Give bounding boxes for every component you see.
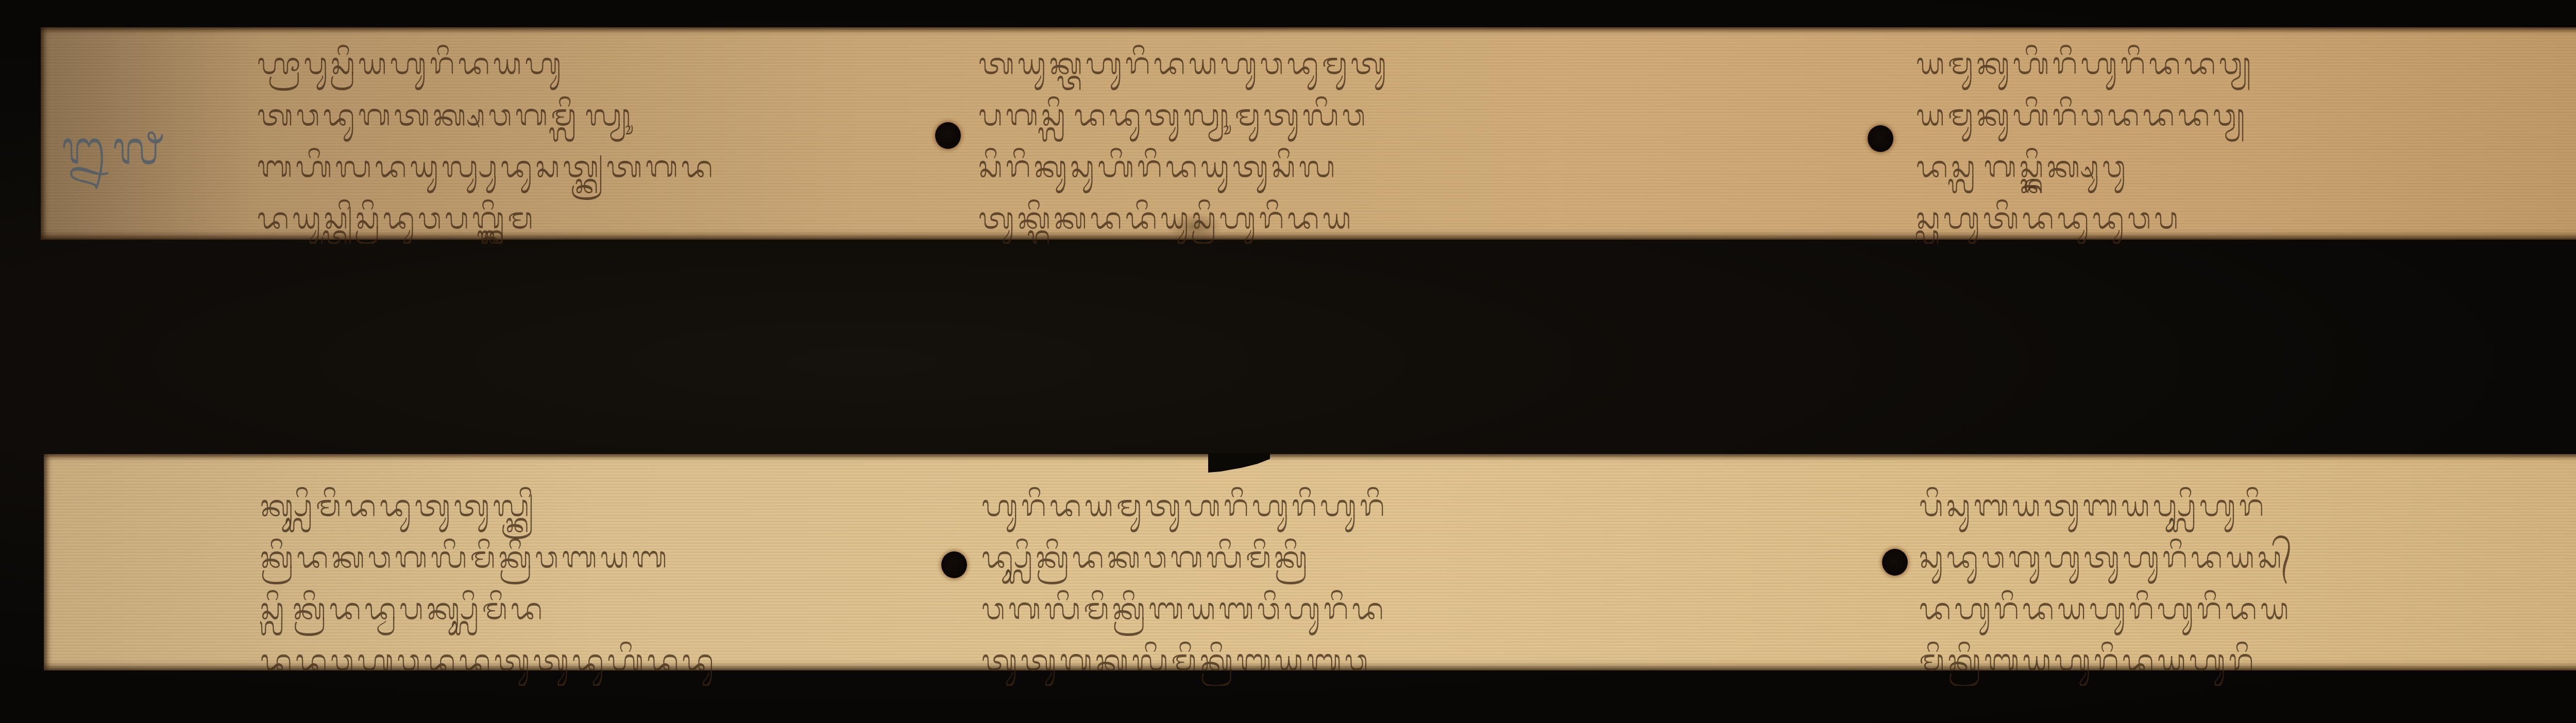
text-block-middle: ᬢᬬᬸᬓ᭄ᬢᬳᬸᬭᬶᬤᬬᬳᬸᬯᬤᬸᬫᬸᬢᬸ ᬧᬕᬲ᭄ᬮᬶᬤᬤᬸᬢᬸᬮ᭄ᬬᬸᬫᬸᬢ… [978, 38, 1844, 244]
palm-leaf-top: ᭒᭗ ᬳ᭄ᬭᬵᬧᬸᬲ᭄ᬭᬶᬬᬳᬸᬭᬶᬤᬬᬳᬸ ᬢᬯᬤᬸᬕᬢᬓ᭄ᬱᬯᬕᬫ᭄ᬮᬶᬮ᭄… [41, 27, 2576, 240]
ink-stain [1166, 213, 1223, 241]
text-line: ᬲᬸᬤᬸᬯᬕᬸᬳᬸᬢᬸᬳᬸᬭᬶᬤᬬᬲ᭄ [1919, 531, 2558, 583]
text-block-left: ᬳ᭄ᬭᬵᬧᬸᬲ᭄ᬭᬶᬬᬳᬸᬭᬶᬤᬬᬳᬸ ᬢᬯᬤᬸᬕᬢᬓ᭄ᬱᬯᬕᬫ᭄ᬮᬶᬮ᭄ᬬᬸ … [257, 38, 927, 244]
text-line: ᬢᬬᬸᬓ᭄ᬢᬳᬸᬭᬶᬤᬬᬳᬸᬯᬤᬸᬫᬸᬢᬸ [978, 38, 1844, 89]
text-line: ᬓ᭄ᬭᬶᬤᬓᬯᬕᬮᬶᬫᬶᬓ᭄ᬭᬶᬯᬩᬬᬩ [260, 531, 930, 583]
text-line: ᬓ᭄ᬲ᭄ᬮᬶᬫᬶᬤᬤᬸᬢᬸᬢᬸᬮ᭄ᬓ᭄ᬭᬶ [260, 480, 930, 531]
text-line: ᬤᬬᬸᬲ᭄ᬢ᭄ᬭᬶᬲ᭄ᬭᬶᬤᬸᬯᬧᬕ᭄ᬓ᭄ᬮᬶᬫ [257, 192, 927, 244]
text-line: ᬯᬕᬮᬶᬫᬶᬓ᭄ᬭᬶᬩᬬᬩᬯᬶᬳᬸᬭᬶᬤ [981, 583, 1847, 634]
text-line: ᬳ᭄ᬭᬵᬧᬸᬲ᭄ᬭᬶᬬᬳᬸᬭᬶᬤᬬᬳᬸ [257, 38, 927, 89]
text-line: ᬤᬤᬯᬳᬯᬤᬤᬢᬸᬢᬸᬤᬸᬳᬶᬤᬤᬸ [260, 634, 930, 686]
text-line: ᬬᬫᬸᬓᬸᬳᬶᬭᬶᬳᬸᬭᬶᬤᬤᬯ᭄ᬬ [1916, 38, 2550, 89]
text-line: ᬤᬳᬸᬭᬶᬤᬬᬳᬸᬭᬶᬳᬸᬭᬶᬤᬬ [1919, 583, 2558, 634]
text-line: ᬤ᭄ᬲ᭄ᬮᬶᬓ᭄ᬭᬶᬤᬓᬯᬕᬮᬶᬫᬶᬓ᭄ᬭᬶ [981, 531, 1847, 583]
text-line: ᬲ᭄ᬮᬶᬓ᭄ᬭᬶᬤᬤ᭄ᬯᬧᬓ᭄ᬲ᭄ᬮᬶᬫᬶᬤ [260, 583, 930, 634]
text-line: ᬩᬳᬶᬮᬤᬬᬸᬮ᭄ᬲᬸᬤᬸᬲᬢ᭄ᬓ᭄ᬭᬢᬕᬤ [257, 141, 927, 192]
text-line: ᬳᬸᬭᬶᬤᬬᬫᬸᬢᬸᬳᬭᬶᬳᬸᬭᬶᬳᬸᬭᬶ [981, 480, 1847, 531]
binding-hole [941, 551, 967, 578]
text-line: ᬢᬸᬓ᭄ᬕᬶᬓᬤᬤᬶᬬᬸᬲ᭄ᬭᬶᬳᬸᬭᬶᬤᬬ [978, 192, 1844, 244]
binding-hole [1882, 549, 1908, 576]
text-line: ᬫᬶᬓ᭄ᬭᬶᬩᬬᬳᬸᬭᬶᬤᬬᬳᬸᬭᬶ [1919, 634, 2558, 686]
leaf-number: ᭒᭗ [61, 115, 171, 198]
palm-leaf-bottom: ᬓ᭄ᬲ᭄ᬮᬶᬫᬶᬤᬤᬸᬢᬸᬢᬸᬮ᭄ᬓ᭄ᬭᬶ ᬓ᭄ᬭᬶᬤᬓᬯᬕᬮᬶᬫᬶᬓ᭄ᬭᬶᬯᬩ… [44, 454, 2576, 670]
text-line: ᬲ᭄ᬮᬸᬳᬸᬢᬶᬤᬤᬸᬤᬸᬯᬧ [1916, 192, 2550, 244]
text-block-right: ᬧᬶᬲᬸᬩᬬᬢᬸᬩᬬᬧ᭄ᬲ᭄ᬮᬶᬳᬸᬭᬶ ᬲᬸᬤᬸᬯᬕᬸᬳᬸᬢᬸᬳᬸᬭᬶᬤᬬᬲ᭄… [1919, 480, 2558, 686]
text-line: ᬤᬲ᭄ᬮᬕᬲ᭄ᬓ᭄ᬤᬶᬓ᭄ᬱᬸᬯᬸ [1916, 141, 2550, 192]
text-line: ᬢᬯᬤᬸᬕᬢᬓ᭄ᬱᬯᬕᬫ᭄ᬮᬶᬮ᭄ᬬᬸ [257, 89, 927, 141]
text-line: ᬬᬫᬸᬓᬸᬳᬶᬭᬶᬯᬤᬤᬤᬯ᭄ᬬ [1916, 89, 2550, 141]
text-line: ᬲᬶᬭᬶᬓᬸᬲᬸᬳᬶᬭᬶᬤᬬᬸᬢᬸᬲᬶᬮ [978, 141, 1844, 192]
text-block-left: ᬓ᭄ᬲ᭄ᬮᬶᬫᬶᬤᬤᬸᬢᬸᬢᬸᬮ᭄ᬓ᭄ᬭᬶ ᬓ᭄ᬭᬶᬤᬓᬯᬕᬮᬶᬫᬶᬓ᭄ᬭᬶᬯᬩ… [260, 480, 930, 686]
text-block-middle: ᬳᬸᬭᬶᬤᬬᬫᬸᬢᬸᬳᬭᬶᬳᬸᬭᬶᬳᬸᬭᬶ ᬤ᭄ᬲ᭄ᬮᬶᬓ᭄ᬭᬶᬤᬓᬯᬕᬮᬶᬫᬶ… [981, 480, 1847, 686]
binding-hole [935, 122, 961, 149]
text-line: ᬧᬕᬲ᭄ᬮᬶᬤᬤᬸᬢᬸᬮ᭄ᬬᬸᬫᬸᬢᬸᬮᬶᬯ [978, 89, 1844, 141]
binding-hole [1868, 125, 1893, 152]
torn-notch [1208, 453, 1270, 473]
text-block-right: ᬬᬫᬸᬓᬸᬳᬶᬭᬶᬳᬸᬭᬶᬤᬤᬯ᭄ᬬ ᬬᬫᬸᬓᬸᬳᬶᬭᬶᬯᬤᬤᬤᬯ᭄ᬬ ᬤᬲ᭄ᬮ… [1916, 38, 2550, 244]
text-line: ᬢᬸᬢᬸᬕᬓᬮᬶᬫᬶᬓ᭄ᬭᬶᬩᬬᬩᬯ [981, 634, 1847, 686]
text-line: ᬧᬶᬲᬸᬩᬬᬢᬸᬩᬬᬧ᭄ᬲ᭄ᬮᬶᬳᬸᬭᬶ [1919, 480, 2558, 531]
